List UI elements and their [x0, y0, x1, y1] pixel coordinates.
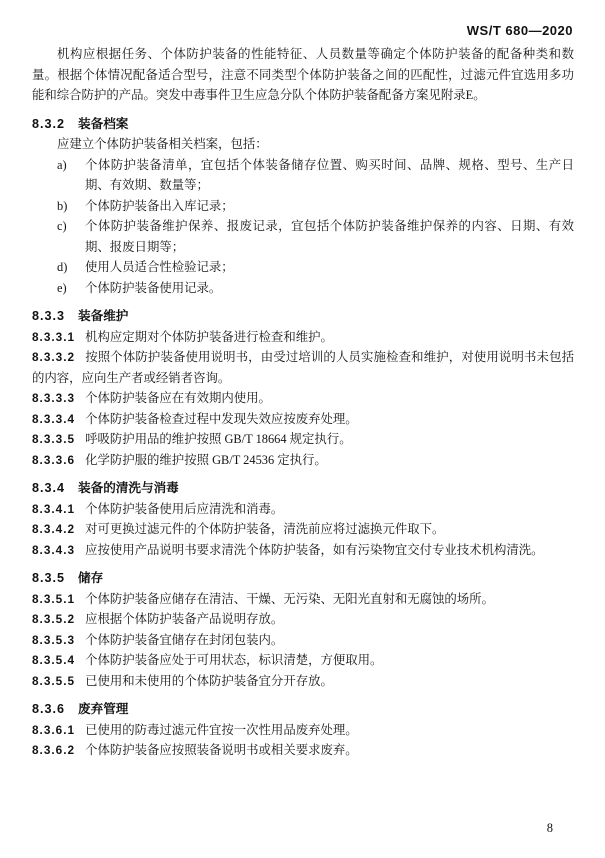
section-number: 8.3.2 — [32, 117, 65, 131]
clause: 8.3.4.2对可更换过滤元件的个体防护装备，清洗前应将过滤换元件取下。 — [32, 519, 574, 540]
clause-text: 个体防护装备使用后应清洗和消毒。 — [85, 502, 283, 516]
clause-text: 化学防护服的维护按照 GB/T 24536 定执行。 — [85, 453, 327, 467]
section-number: 8.3.6 — [32, 702, 65, 716]
list-item-text: 个体防护装备清单，宜包括个体装备储存位置、购买时间、品牌、规格、型号、生产日期、… — [85, 158, 574, 193]
clause-number: 8.3.5.2 — [32, 612, 75, 626]
clause: 8.3.4.3应按使用产品说明书要求清洗个体防护装备，如有污染物宜交付专业技术机… — [32, 540, 574, 561]
clause-number: 8.3.3.6 — [32, 453, 75, 467]
clause-number: 8.3.4.3 — [32, 543, 75, 557]
clause: 8.3.3.3个体防护装备应在有效期内使用。 — [32, 388, 574, 409]
clause-number: 8.3.3.4 — [32, 412, 75, 426]
clause-number: 8.3.3.5 — [32, 432, 75, 446]
clause: 8.3.3.1机构应定期对个体防护装备进行检查和维护。 — [32, 327, 574, 348]
page-number: 8 — [547, 821, 553, 835]
clause: 8.3.3.5呼吸防护用品的维护按照 GB/T 18664 规定执行。 — [32, 429, 574, 450]
document-page: WS/T 680—2020 机构应根据任务、个体防护装备的性能特征、人员数量等确… — [0, 0, 605, 858]
section-title: 储存 — [78, 571, 103, 585]
clause-text: 已使用和未使用的个体防护装备宜分开存放。 — [85, 674, 333, 688]
section-heading-8-3-2: 8.3.2装备档案 — [32, 114, 574, 135]
list-item: d)使用人员适合性检验记录； — [32, 257, 574, 278]
clause-number: 8.3.5.5 — [32, 674, 75, 688]
clause: 8.3.3.2按照个体防护装备使用说明书，由受过培训的人员实施检查和维护，对使用… — [32, 347, 574, 388]
archive-items-list: a)个体防护装备清单，宜包括个体装备储存位置、购买时间、品牌、规格、型号、生产日… — [32, 155, 574, 299]
clause-number: 8.3.3.3 — [32, 391, 75, 405]
section-heading-8-3-6: 8.3.6废弃管理 — [32, 699, 574, 720]
clause: 8.3.5.2应根据个体防护装备产品说明存放。 — [32, 609, 574, 630]
list-item-text: 个体防护装备维护保养、报废记录，宜包括个体防护装备维护保养的内容、日期、有效期、… — [85, 219, 574, 254]
clause-number: 8.3.6.1 — [32, 723, 75, 737]
list-item-label: c) — [57, 216, 67, 237]
doc-number: WS/T 680—2020 — [467, 23, 573, 38]
intro-paragraph: 机构应根据任务、个体防护装备的性能特征、人员数量等确定个体防护装备的配备种类和数… — [32, 44, 574, 106]
clause-number: 8.3.3.1 — [32, 330, 75, 344]
clause-text: 按照个体防护装备使用说明书，由受过培训的人员实施检查和维护，对使用说明书未包括的… — [32, 350, 574, 385]
document-body: 机构应根据任务、个体防护装备的性能特征、人员数量等确定个体防护装备的配备种类和数… — [32, 44, 574, 761]
list-item: b)个体防护装备出入库记录； — [32, 196, 574, 217]
clause: 8.3.5.4个体防护装备应处于可用状态，标识清楚，方便取用。 — [32, 650, 574, 671]
clause-number: 8.3.4.1 — [32, 502, 75, 516]
clause-number: 8.3.3.2 — [32, 350, 75, 364]
clause-text: 个体防护装备应按照装备说明书或相关要求废弃。 — [85, 743, 358, 757]
clause-text: 应根据个体防护装备产品说明存放。 — [85, 612, 283, 626]
section-title: 装备的清洗与消毒 — [78, 481, 179, 495]
section-number: 8.3.4 — [32, 481, 65, 495]
clause: 8.3.5.3个体防护装备宜储存在封闭包装内。 — [32, 630, 574, 651]
page-footer: 8 — [547, 821, 553, 836]
clause-number: 8.3.5.1 — [32, 592, 75, 606]
clause-text: 个体防护装备应处于可用状态，标识清楚，方便取用。 — [85, 653, 382, 667]
clause-text: 应按使用产品说明书要求清洗个体防护装备，如有污染物宜交付专业技术机构清洗。 — [85, 543, 543, 557]
clause-text: 个体防护装备应在有效期内使用。 — [85, 391, 271, 405]
list-item-label: b) — [57, 196, 67, 217]
clause: 8.3.3.4个体防护装备检查过程中发现失效应按废弃处理。 — [32, 409, 574, 430]
list-item-text: 使用人员适合性检验记录； — [85, 260, 234, 274]
clause: 8.3.5.5已使用和未使用的个体防护装备宜分开存放。 — [32, 671, 574, 692]
list-item-label: d) — [57, 257, 67, 278]
clause: 8.3.5.1个体防护装备应储存在清洁、干燥、无污染、无阳光直射和无腐蚀的场所。 — [32, 589, 574, 610]
section-number: 8.3.3 — [32, 309, 65, 323]
list-item: c)个体防护装备维护保养、报废记录，宜包括个体防护装备维护保养的内容、日期、有效… — [32, 216, 574, 257]
clause-number: 8.3.4.2 — [32, 522, 75, 536]
clause-number: 8.3.5.3 — [32, 633, 75, 647]
clause: 8.3.3.6化学防护服的维护按照 GB/T 24536 定执行。 — [32, 450, 574, 471]
running-header: WS/T 680—2020 — [467, 23, 573, 38]
clause-number: 8.3.5.4 — [32, 653, 75, 667]
clause-text: 对可更换过滤元件的个体防护装备，清洗前应将过滤换元件取下。 — [85, 522, 444, 536]
clause-text: 个体防护装备宜储存在封闭包装内。 — [85, 633, 283, 647]
section-title: 装备维护 — [78, 309, 128, 323]
list-item: e)个体防护装备使用记录。 — [32, 278, 574, 299]
list-item-label: e) — [57, 278, 67, 299]
clause: 8.3.6.2个体防护装备应按照装备说明书或相关要求废弃。 — [32, 740, 574, 761]
section-heading-8-3-5: 8.3.5储存 — [32, 568, 574, 589]
section-title: 装备档案 — [78, 117, 128, 131]
archive-lead-paragraph: 应建立个体防护装备相关档案，包括： — [32, 134, 574, 155]
clause: 8.3.4.1个体防护装备使用后应清洗和消毒。 — [32, 499, 574, 520]
clause-text: 已使用的防毒过滤元件宜按一次性用品废弃处理。 — [85, 723, 358, 737]
section-title: 废弃管理 — [78, 702, 128, 716]
list-item-text: 个体防护装备出入库记录； — [85, 199, 234, 213]
section-heading-8-3-3: 8.3.3装备维护 — [32, 306, 574, 327]
list-item: a)个体防护装备清单，宜包括个体装备储存位置、购买时间、品牌、规格、型号、生产日… — [32, 155, 574, 196]
clause-text: 机构应定期对个体防护装备进行检查和维护。 — [85, 330, 333, 344]
clause-text: 个体防护装备检查过程中发现失效应按废弃处理。 — [85, 412, 358, 426]
section-heading-8-3-4: 8.3.4装备的清洗与消毒 — [32, 478, 574, 499]
clause: 8.3.6.1已使用的防毒过滤元件宜按一次性用品废弃处理。 — [32, 720, 574, 741]
clause-text: 个体防护装备应储存在清洁、干燥、无污染、无阳光直射和无腐蚀的场所。 — [85, 592, 494, 606]
list-item-text: 个体防护装备使用记录。 — [85, 281, 221, 295]
clause-number: 8.3.6.2 — [32, 743, 75, 757]
clause-text: 呼吸防护用品的维护按照 GB/T 18664 规定执行。 — [85, 432, 352, 446]
list-item-label: a) — [57, 155, 67, 176]
section-number: 8.3.5 — [32, 571, 65, 585]
